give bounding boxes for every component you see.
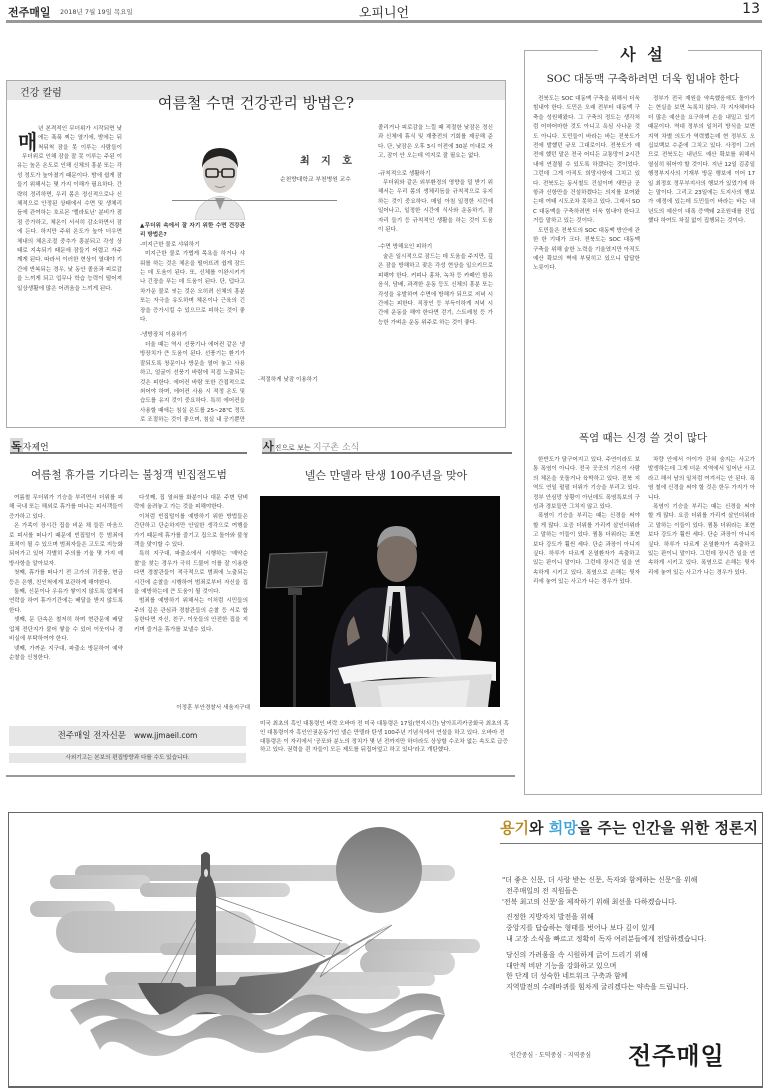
editorial-2-col1: 한반도가 달구어지고 있다. 주연이라도 보통 폭염이 아니다. 전국 곳곳의 …	[533, 456, 640, 786]
author-divider	[172, 200, 337, 201]
health-col2: ▲무더위 속에서 잘 자기 위한 수면 건강관리 방법은? -미지근한 물로 샤…	[140, 222, 245, 422]
editorial-title-1: SOC 대동맥 구축하려면 더욱 힘내야 한다	[524, 71, 762, 86]
e-paper-banner: 전주매일 전자신문www.jjmaeil.com	[9, 726, 246, 746]
editorial-label: 사 설	[598, 42, 688, 64]
ad-body: "더 좋은 신문, 더 사랑 받는 신문, 독자와 함께하는 신문"을 위해 전…	[502, 875, 762, 998]
ad-tagline: 인간중심 · 도덕중심 · 지역중심	[510, 1050, 591, 1059]
editorial-1-col2: 정부가 전국 재원을 약속했음에도 돌아가는 현실을 보면 녹록치 않다. 각 …	[648, 95, 755, 413]
health-col1-intro: 년 본격적인 무더위가 시작되면 낮에는 푹푹 찌는 열기에, 밤에는 뒤척뒤척…	[38, 125, 122, 153]
health-col3: -적절하게 낮잠 이용하기	[258, 222, 363, 422]
ad-divider	[500, 843, 762, 844]
e-paper-url[interactable]: www.jjmaeil.com	[134, 731, 197, 740]
section-divider	[6, 775, 515, 777]
editorial-1-col1: 전북도는 SOC 대동맥 구축을 위해서 더욱 힘내야 한다. 도민은 오래 전…	[533, 95, 640, 413]
ad-paragraph-2: 진정한 지방자치 발전을 위해 중앙지를 답습하는 형태를 벗어나 보다 깊이 …	[502, 912, 762, 944]
reader-column-divider	[10, 452, 247, 454]
health-col1: 무더위로 인해 잠을 잘 못 이루는 주된 이유는 높은 온도로 인해 신체의 …	[17, 153, 122, 421]
page-number: 13	[742, 1, 760, 17]
speaker-photo	[260, 496, 500, 707]
photo-news-divider	[262, 452, 512, 454]
author-photo	[175, 136, 265, 220]
header-divider	[6, 20, 762, 23]
ad-logo: 전주매일	[628, 1036, 725, 1071]
ad-paragraph-1: "더 좋은 신문, 더 사랑 받는 신문, 독자와 함께하는 신문"을 위해 전…	[502, 875, 762, 907]
author-name: 최 지 호	[300, 152, 356, 167]
reader-column-title: 여름철 휴가를 기다리는 불청객 빈집절도범	[8, 467, 250, 482]
ad-paragraph-3: 당신의 가려움을 속 시원하게 긁어 드리기 위해 대안적 비판 기능을 강화하…	[502, 950, 762, 993]
health-col4: 졸리거나 피로감을 느낄 때 적절한 낮잠은 정신과 신체에 휴식 및 재충전의…	[378, 124, 493, 422]
editorial-title-2: 폭염 때는 신경 쓸 것이 많다	[524, 430, 762, 445]
photo-caption: 미국 최초의 흑인 대통령인 버락 오바마 전 미국 대통령은 17일(현지시간…	[260, 720, 510, 755]
contribution-disclaimer: 사외기고는 본보의 편집방향과 다를 수도 있습니다.	[9, 753, 246, 763]
ship-illustration	[20, 815, 490, 1085]
section-title: 오피니언	[0, 2, 768, 21]
photo-news-title: 넬슨 만델라 탄생 100주년을 맞아	[255, 467, 517, 483]
reader-col2: 다섯째, 집 열쇠를 화분이나 대문 주변 담벼락에 올려놓고 가는 것을 피해…	[134, 494, 248, 700]
author-affiliation: 순천향대학교 부천병원 교수	[280, 174, 351, 183]
dropcap: 매	[18, 126, 37, 155]
ad-slogan: 용기와 희망을 주는 인간을 위한 정론지	[500, 817, 758, 838]
health-column-title: 여름철 수면 건강관리 방법은?	[7, 92, 505, 113]
editorial-2-col2: 차량 안에서 아이가 갇혀 숨지는 사고가 발생하는데 그게 더운 지역에서 일…	[648, 456, 755, 786]
reader-byline: 이정훈 부안경찰서 새움지구대	[125, 703, 250, 711]
reader-col1: 여름철 무더위가 기승을 부리면서 더위를 피해 국내 또는 해외로 휴가를 떠…	[9, 494, 123, 704]
